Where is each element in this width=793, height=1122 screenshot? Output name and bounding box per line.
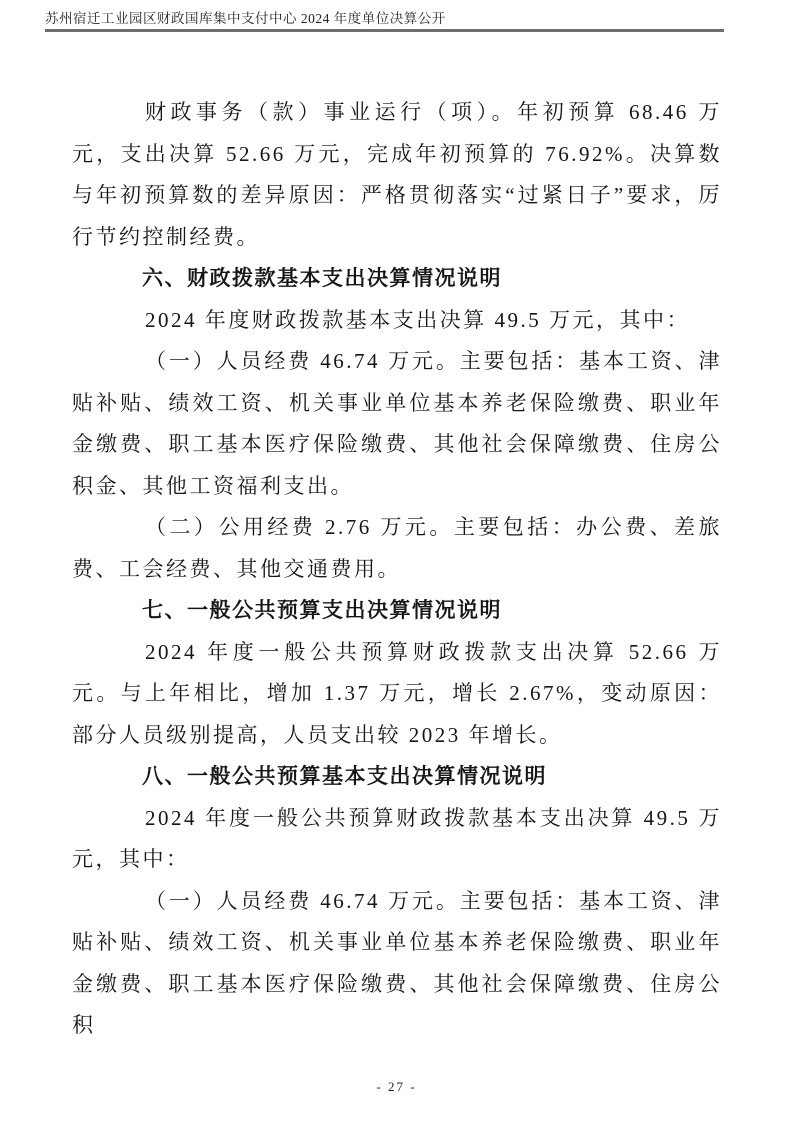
page-footer: - 27 -: [0, 1078, 793, 1096]
paragraph-expenditure-operation: 财政事务（款）事业运行（项）。年初预算 68.46 万元，支出决算 52.66 …: [72, 92, 722, 258]
page-number: - 27 -: [376, 1079, 416, 1094]
paragraph-section-6-public-funds: （二）公用经费 2.76 万元。主要包括：办公费、差旅费、工会经费、其他交通费用…: [72, 507, 722, 590]
paragraph-section-6-personnel: （一）人员经费 46.74 万元。主要包括：基本工资、津贴补贴、绩效工资、机关事…: [72, 341, 722, 507]
paragraph-section-7-total: 2024 年度一般公共预算财政拨款支出决算 52.66 万元。与上年相比，增加 …: [72, 632, 722, 757]
document-header-title: 苏州宿迁工业园区财政国库集中支付中心 2024 年度单位决算公开: [45, 10, 725, 28]
document-body: 财政事务（款）事业运行（项）。年初预算 68.46 万元，支出决算 52.66 …: [72, 92, 722, 1047]
paragraph-section-8-total: 2024 年度一般公共预算财政拨款基本支出决算 49.5 万元，其中：: [72, 798, 722, 881]
heading-section-8: 八、一般公共预算基本支出决算情况说明: [72, 756, 722, 798]
document-page: 苏州宿迁工业园区财政国库集中支付中心 2024 年度单位决算公开 财政事务（款）…: [0, 0, 793, 1122]
heading-section-6: 六、财政拨款基本支出决算情况说明: [72, 258, 722, 300]
paragraph-section-8-personnel: （一）人员经费 46.74 万元。主要包括：基本工资、津贴补贴、绩效工资、机关事…: [72, 881, 722, 1047]
paragraph-section-6-total: 2024 年度财政拨款基本支出决算 49.5 万元，其中：: [72, 300, 722, 342]
header-rule: [45, 29, 724, 32]
heading-section-7: 七、一般公共预算支出决算情况说明: [72, 590, 722, 632]
page-header: 苏州宿迁工业园区财政国库集中支付中心 2024 年度单位决算公开: [45, 10, 725, 32]
